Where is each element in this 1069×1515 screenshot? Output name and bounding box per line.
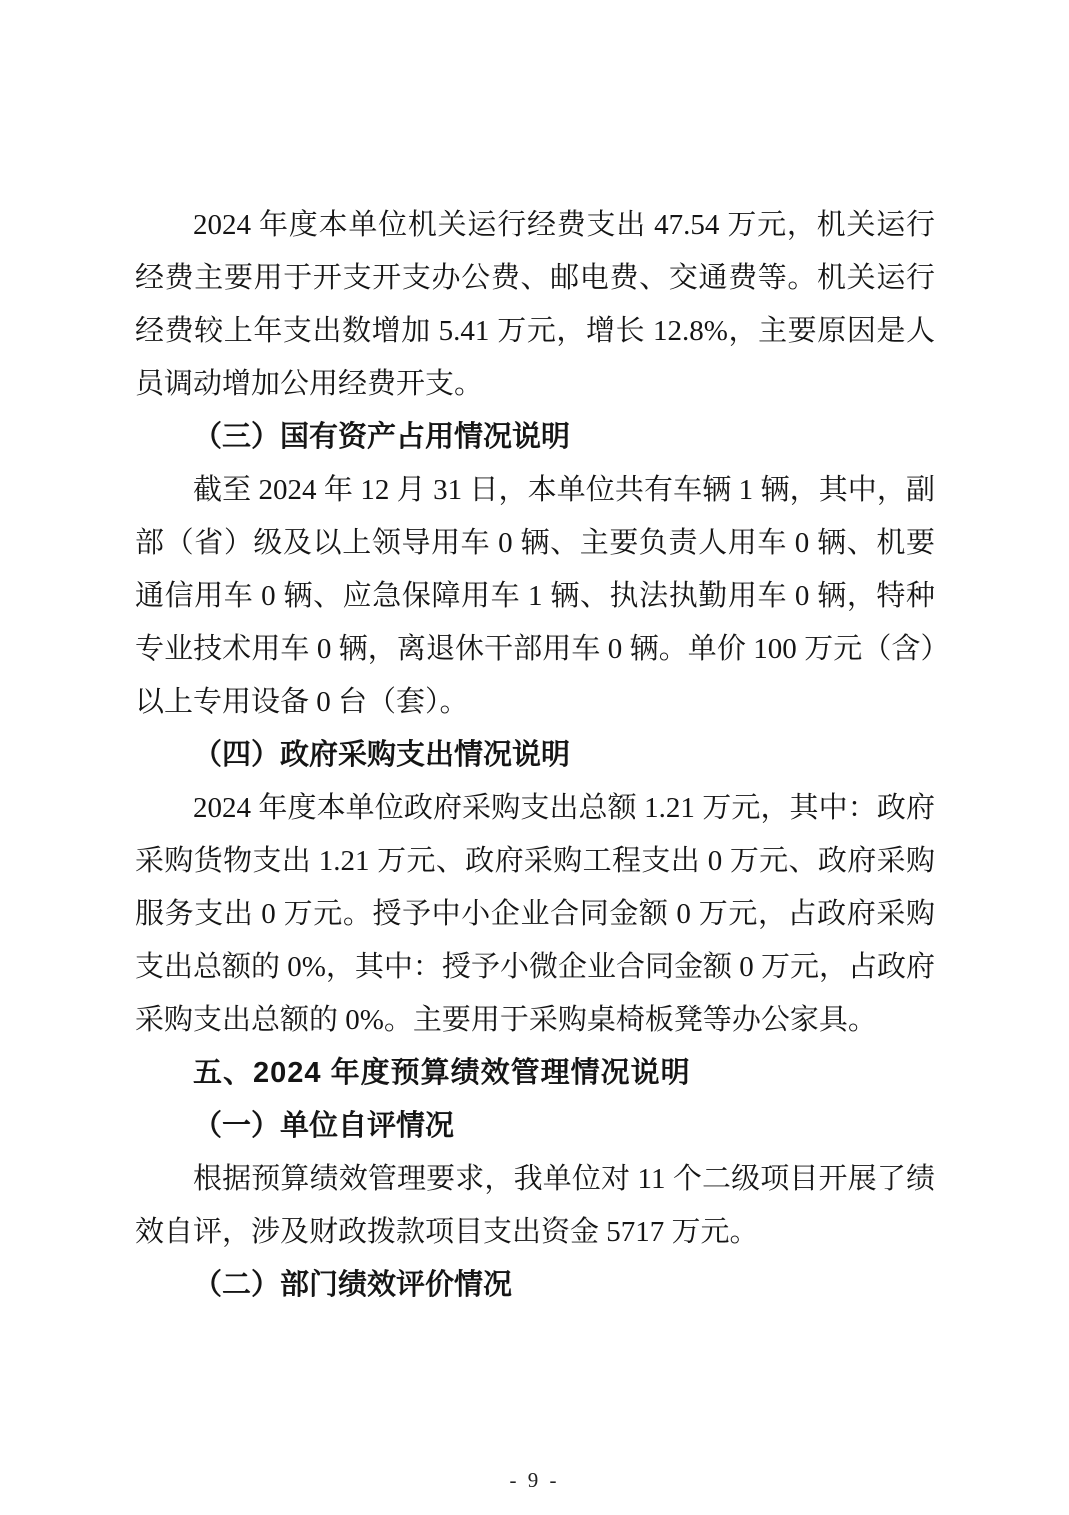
heading-subsection-2-dept-evaluation: （二）部门绩效评价情况 (135, 1259, 935, 1312)
paragraph-gov-procurement: 2024 年度本单位政府采购支出总额 1.21 万元，其中：政府采购货物支出 1… (135, 782, 935, 1047)
paragraph-operating-expenses: 2024 年度本单位机关运行经费支出 47.54 万元，机关运行经费主要用于开支… (135, 199, 935, 411)
paragraph-self-evaluation: 根据预算绩效管理要求，我单位对 11 个二级项目开展了绩效自评，涉及财政拨款项目… (135, 1153, 935, 1259)
heading-section-3-state-assets: （三）国有资产占用情况说明 (135, 411, 935, 464)
document-page: 2024 年度本单位机关运行经费支出 47.54 万元，机关运行经费主要用于开支… (0, 0, 1069, 1515)
heading-subsection-1-self-evaluation: （一）单位自评情况 (135, 1100, 935, 1153)
paragraph-state-assets: 截至 2024 年 12 月 31 日，本单位共有车辆 1 辆，其中，副部（省）… (135, 464, 935, 729)
heading-section-5-budget-performance: 五、2024 年度预算绩效管理情况说明 (135, 1047, 935, 1100)
document-body: 2024 年度本单位机关运行经费支出 47.54 万元，机关运行经费主要用于开支… (135, 199, 935, 1312)
page-number: - 9 - (0, 1468, 1069, 1493)
heading-section-4-gov-procurement: （四）政府采购支出情况说明 (135, 729, 935, 782)
